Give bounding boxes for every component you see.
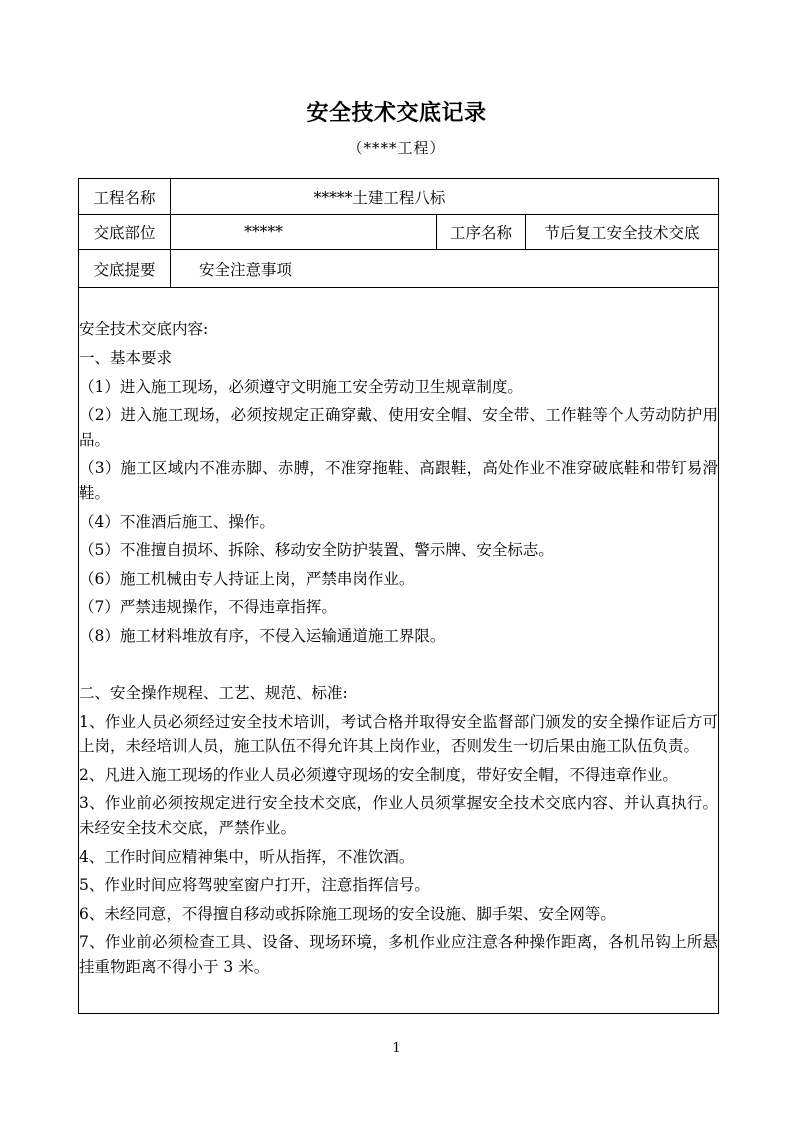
content-paragraph: （7）严禁违规操作，不得违章指挥。 bbox=[79, 595, 718, 620]
summary-value: 安全注意事项 bbox=[171, 250, 719, 288]
content-paragraph: 5、作业时间应将驾驶室窗户打开，注意指挥信号。 bbox=[79, 873, 718, 898]
content-paragraph: （8）施工材料堆放有序，不侵入运输通道施工界限。 bbox=[79, 624, 718, 649]
content-paragraph: （1）进入施工现场，必须遵守文明施工安全劳动卫生规章制度。 bbox=[79, 375, 718, 400]
content-heading: 安全技术交底内容: bbox=[79, 317, 718, 342]
section1-title: 一、基本要求 bbox=[79, 346, 718, 371]
document-title: 安全技术交底记录 bbox=[0, 0, 793, 127]
disclosure-part-label: 交底部位 bbox=[79, 215, 171, 250]
table-row-summary: 交底提要 安全注意事项 bbox=[79, 250, 719, 288]
summary-label: 交底提要 bbox=[79, 250, 171, 288]
info-table: 工程名称 *****土建工程八标 交底部位 ***** 工序名称 节后复工安全技… bbox=[78, 178, 719, 1014]
content-paragraph: （5）不准擅自损坏、拆除、移动安全防护装置、警示牌、安全标志。 bbox=[79, 538, 718, 563]
content-paragraph: 1、作业人员必须经过安全技术培训，考试合格并取得安全监督部门颁发的安全操作证后方… bbox=[79, 710, 718, 759]
project-name-value: *****土建工程八标 bbox=[171, 179, 719, 215]
content-paragraph: （4）不准酒后施工、操作。 bbox=[79, 510, 718, 535]
content-paragraph: 6、未经同意，不得擅自移动或拆除施工现场的安全设施、脚手架、安全网等。 bbox=[79, 902, 718, 927]
content-paragraph: （3）施工区域内不准赤脚、赤膊，不准穿拖鞋、高跟鞋，高处作业不准穿破底鞋和带钉易… bbox=[79, 456, 718, 505]
blank-line bbox=[79, 653, 718, 678]
document-subtitle: （****工程） bbox=[0, 139, 793, 157]
disclosure-part-value: ***** bbox=[171, 215, 437, 250]
section2-title: 二、安全操作规程、工艺、规范、标准: bbox=[79, 681, 718, 706]
disclosure-content-cell: 安全技术交底内容: 一、基本要求 （1）进入施工现场，必须遵守文明施工安全劳动卫… bbox=[79, 288, 719, 1014]
table-row-project-name: 工程名称 *****土建工程八标 bbox=[79, 179, 719, 215]
content-paragraph: （6）施工机械由专人持证上岗，严禁串岗作业。 bbox=[79, 567, 718, 592]
content-paragraph: 2、凡进入施工现场的作业人员必须遵守现场的安全制度，带好安全帽，不得违章作业。 bbox=[79, 763, 718, 788]
table-row-disclosure-part: 交底部位 ***** 工序名称 节后复工安全技术交底 bbox=[79, 215, 719, 250]
content-paragraph: 7、作业前必须检查工具、设备、现场环境，多机作业应注意各种操作距离，各机吊钩上所… bbox=[79, 930, 718, 979]
content-paragraph: 4、工作时间应精神集中，听从指挥，不准饮酒。 bbox=[79, 845, 718, 870]
table-row-content: 安全技术交底内容: 一、基本要求 （1）进入施工现场，必须遵守文明施工安全劳动卫… bbox=[79, 288, 719, 1014]
document-page: 安全技术交底记录 （****工程） 工程名称 *****土建工程八标 交底部位 … bbox=[0, 0, 793, 1056]
content-paragraph: 3、作业前必须按规定进行安全技术交底，作业人员须掌握安全技术交底内容、并认真执行… bbox=[79, 791, 718, 840]
process-name-value: 节后复工安全技术交底 bbox=[526, 215, 719, 250]
project-name-label: 工程名称 bbox=[79, 179, 171, 215]
page-number: 1 bbox=[0, 1041, 793, 1056]
process-name-label: 工序名称 bbox=[437, 215, 526, 250]
content-paragraph: （2）进入施工现场，必须按规定正确穿戴、使用安全帽、安全带、工作鞋等个人劳动防护… bbox=[79, 403, 718, 452]
